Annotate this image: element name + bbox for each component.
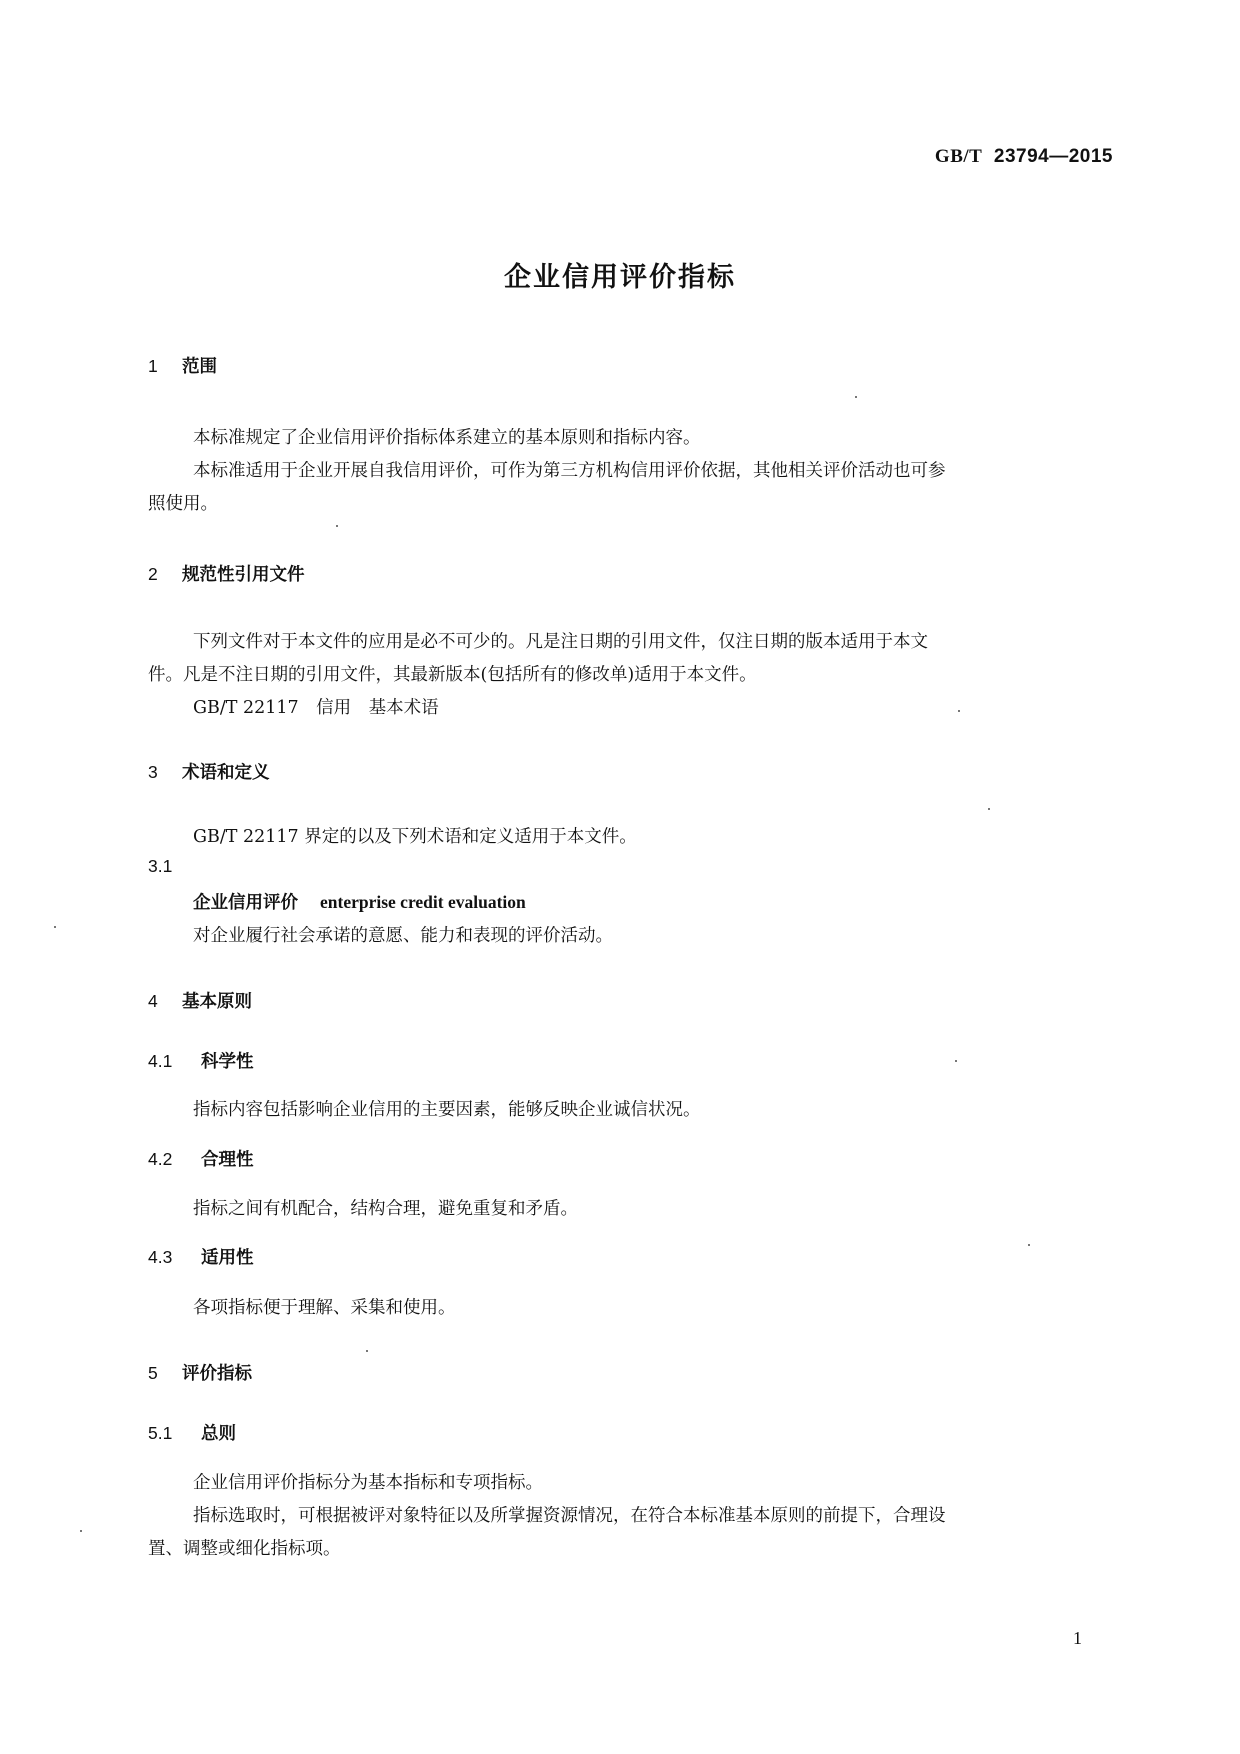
paragraph: 各项指标便于理解、采集和使用。: [193, 1294, 456, 1319]
scan-speck: [366, 1350, 368, 1352]
paragraph-continuation: 件。凡是不注日期的引用文件，其最新版本(包括所有的修改单)适用于本文件。: [148, 661, 757, 686]
subsection-title: 适用性: [201, 1248, 254, 1268]
section-number: 5: [148, 1363, 182, 1384]
scan-speck: [80, 1530, 82, 1532]
scan-speck: [336, 525, 338, 527]
term-number: 3.1: [148, 856, 172, 877]
subsection-number: 4.1: [148, 1051, 201, 1072]
paragraph-continuation: 置、调整或细化指标项。: [148, 1535, 341, 1560]
term-english: enterprise credit evaluation: [320, 892, 526, 912]
subsection-4-2-heading: 4.2合理性: [148, 1146, 254, 1171]
subsection-title: 总则: [201, 1424, 236, 1444]
paragraph: GB/T 22117 界定的以及下列术语和定义适用于本文件。: [193, 823, 637, 848]
section-title: 评价指标: [182, 1364, 252, 1384]
subsection-number: 4.2: [148, 1149, 201, 1170]
section-title: 基本原则: [182, 992, 252, 1012]
standard-code: GB/T 23794—2015: [0, 146, 1113, 168]
document-title: 企业信用评价指标: [0, 255, 1240, 294]
paragraph: 指标内容包括影响企业信用的主要因素，能够反映企业诚信状况。: [193, 1096, 701, 1121]
section-number: 2: [148, 564, 182, 585]
standard-prefix: GB/T: [935, 146, 982, 167]
paragraph: 下列文件对于本文件的应用是必不可少的。凡是注日期的引用文件，仅注日期的版本适用于…: [193, 628, 928, 653]
section-1-heading: 1范围: [148, 353, 217, 378]
paragraph: 指标之间有机配合，结构合理，避免重复和矛盾。: [193, 1195, 578, 1220]
section-number: 1: [148, 356, 182, 377]
subsection-title: 科学性: [201, 1052, 254, 1072]
subsection-4-1-heading: 4.1科学性: [148, 1048, 254, 1073]
scan-speck: [988, 808, 990, 810]
paragraph: 企业信用评价指标分为基本指标和专项指标。: [193, 1469, 543, 1494]
subsection-number: 5.1: [148, 1423, 201, 1444]
section-number: 4: [148, 991, 182, 1012]
scan-speck: [54, 926, 56, 928]
standard-number: 23794—2015: [994, 146, 1113, 167]
normative-reference: GB/T 22117 信用 基本术语: [193, 694, 439, 719]
subsection-5-1-heading: 5.1总则: [148, 1420, 236, 1445]
scan-speck: [955, 1060, 957, 1062]
section-title: 术语和定义: [182, 763, 270, 783]
section-title: 规范性引用文件: [182, 565, 305, 585]
subsection-title: 合理性: [201, 1150, 254, 1170]
subsection-number: 4.3: [148, 1247, 201, 1268]
page-number: 1: [1073, 1628, 1082, 1649]
subsection-4-3-heading: 4.3适用性: [148, 1244, 254, 1269]
section-title: 范围: [182, 357, 217, 377]
scan-speck: [855, 396, 857, 398]
paragraph: 本标准适用于企业开展自我信用评价，可作为第三方机构信用评价依据，其他相关评价活动…: [193, 457, 946, 482]
scan-speck: [1028, 1244, 1030, 1246]
section-number: 3: [148, 762, 182, 783]
term-entry: 企业信用评价enterprise credit evaluation: [193, 889, 526, 914]
term-chinese: 企业信用评价: [193, 893, 298, 913]
scan-speck: [958, 710, 960, 712]
section-5-heading: 5评价指标: [148, 1360, 252, 1385]
section-3-heading: 3术语和定义: [148, 759, 270, 784]
paragraph-continuation: 照使用。: [148, 490, 218, 515]
paragraph: 指标选取时，可根据被评对象特征以及所掌握资源情况，在符合本标准基本原则的前提下，…: [193, 1502, 946, 1527]
section-2-heading: 2规范性引用文件: [148, 561, 305, 586]
term-definition: 对企业履行社会承诺的意愿、能力和表现的评价活动。: [193, 922, 613, 947]
paragraph: 本标准规定了企业信用评价指标体系建立的基本原则和指标内容。: [193, 424, 701, 449]
section-4-heading: 4基本原则: [148, 988, 252, 1013]
